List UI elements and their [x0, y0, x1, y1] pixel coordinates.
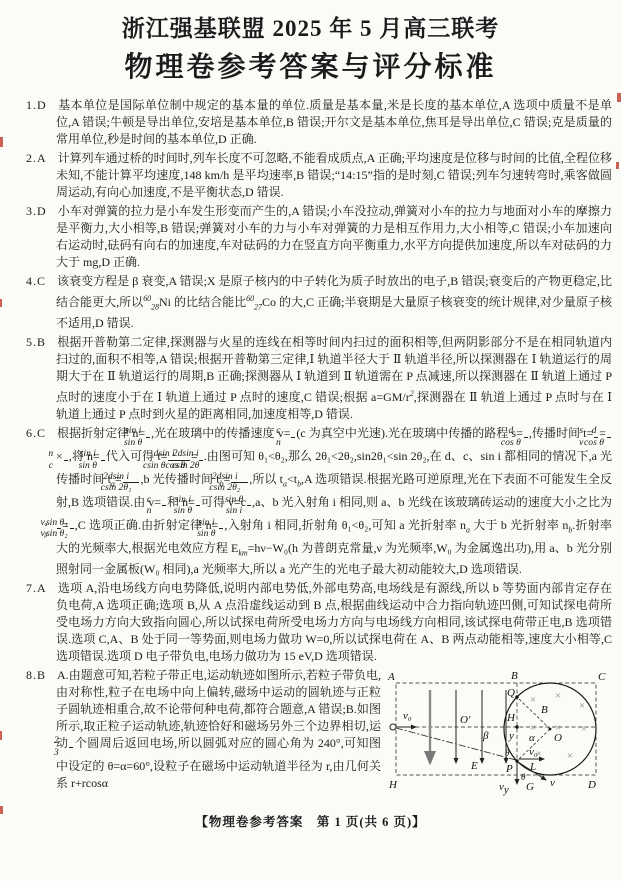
q-point-label: Q: [507, 687, 515, 699]
page-header: 浙江强基联盟 2025 年 5 月高三联考 物理卷参考答案与评分标准: [0, 0, 621, 85]
answer-label: 4.C: [26, 274, 46, 288]
answer-text: A.由题意可知,若粒子带正电,运动轨迹如图所示,若粒子带负电,由对称性,粒子在电…: [56, 668, 381, 790]
cross-icon: ×: [581, 723, 587, 735]
y-dist-label: y: [508, 730, 514, 742]
scan-artifact-red: [0, 137, 3, 147]
answer-item-5: 5.B根据开普勒第二定律,探测器与火星的连线在相等时间内扫过的面积相等,但两阴影…: [26, 334, 612, 423]
particle-field-diagram: × × × × × × × × A B C H D v₀ O′: [386, 669, 612, 799]
answer-item-8-block: × × × × × × × × A B C H D v₀ O′: [26, 667, 612, 804]
answer-item-3: 3.D小车对弹簧的拉力是小车发生形变而产生的,A 错误;小车没拉动,弹簧对小车的…: [26, 203, 612, 271]
corner-label-d: D: [587, 779, 596, 791]
answer-label: 8.B: [26, 668, 46, 682]
cross-icon: ×: [530, 694, 536, 706]
scan-artifact-red: [0, 806, 3, 814]
field-arrows: [430, 690, 506, 763]
g-point-label: G: [526, 781, 534, 793]
v0-at-p-label: v₀: [529, 746, 538, 758]
particle-entry: [390, 724, 416, 730]
answer-item-4: 4.C该衰变方程是 β 衰变,A 错误;X 是原子核内的中子转化为质子时放出的电…: [26, 273, 612, 332]
answer-text: 该衰变方程是 β 衰变,A 错误;X 是原子核内的中子转化为质子时放出的电子,B…: [56, 274, 612, 330]
answer-item-7: 7.A选项 A,沿电场线方向电势降低,说明内部电势低,外部电势高,电场线是有源线…: [26, 580, 612, 665]
problem8-figure: × × × × × × × × A B C H D v₀ O′: [386, 669, 612, 804]
l-label: L: [529, 761, 536, 773]
v-exit-label: v: [550, 777, 555, 789]
trajectory-lines: [396, 683, 596, 784]
e-field-label: E: [470, 760, 478, 772]
corner-label-b: B: [511, 670, 518, 682]
corner-label-h: H: [388, 779, 398, 791]
scanned-answer-sheet-page: { "page": { "title_line1": "浙江强基联盟 2025 …: [0, 0, 621, 881]
cross-icon: ×: [579, 700, 585, 712]
p-point-label: P: [505, 763, 513, 775]
o-center-label: O: [554, 732, 562, 744]
cross-icon: ×: [567, 750, 573, 762]
scan-artifact-red: [0, 299, 2, 307]
answer-text: 根据折射定律 n=sin isin θ,光在玻璃中的传播速度 v=cn(c 为真…: [56, 426, 612, 576]
page-title: 物理卷参考答案与评分标准: [0, 45, 621, 85]
o-prime-label: O′: [460, 714, 471, 726]
flux-crosses: × × × × × × × ×: [530, 690, 587, 762]
page-footer: 【物理卷参考答案 第 1 页(共 6 页)】: [0, 812, 621, 830]
answer-label: 2.A: [26, 151, 47, 165]
beta-label: β: [482, 730, 489, 742]
answer-item-1: 1.D基本单位是国际单位制中规定的基本量的单位.质量是基本量,米是长度的基本单位…: [26, 97, 612, 148]
answer-label: 3.D: [26, 204, 47, 218]
alpha-label: α: [529, 732, 535, 744]
b-field-label: B: [541, 704, 548, 716]
scan-artifact-red: [616, 162, 619, 169]
answer-label: 6.C: [26, 426, 46, 440]
answers-list: 1.D基本单位是国际单位制中规定的基本量的单位.质量是基本量,米是长度的基本单位…: [0, 85, 621, 804]
answer-text: 选项 A,沿电场线方向电势降低,说明内部电势低,外部电势高,电场线是有源线,所以…: [56, 581, 612, 663]
exam-title: 浙江强基联盟 2025 年 5 月高三联考: [0, 10, 621, 43]
answer-text: 小车对弹簧的拉力是小车发生形变而产生的,A 错误;小车没拉动,弹簧对小车的拉力与…: [56, 204, 612, 269]
corner-label-c: C: [598, 671, 606, 683]
vy-label: vy: [499, 781, 509, 796]
answer-text: 根据开普勒第二定律,探测器与火星的连线在相等时间内扫过的面积相等,但两阴影部分不…: [56, 335, 612, 421]
scan-artifact-red: [617, 93, 621, 102]
answer-label: 5.B: [26, 335, 46, 349]
theta-upper-label: θ: [505, 748, 510, 758]
v0-entry-label: v₀: [403, 710, 412, 722]
h-point-label: H: [506, 712, 516, 724]
corner-label-a: A: [387, 671, 395, 683]
answer-item-6: 6.C根据折射定律 n=sin isin θ,光在玻璃中的传播速度 v=cn(c…: [26, 425, 612, 578]
cross-icon: ×: [555, 690, 561, 702]
answer-item-2: 2.A计算列车通过桥的时间时,列车长度不可忽略,不能看成质点,A 正确;平均速度…: [26, 150, 612, 201]
scan-artifact-red: [0, 731, 2, 740]
answer-text: 基本单位是国际单位制中规定的基本量的单位.质量是基本量,米是长度的基本单位,A …: [56, 98, 612, 146]
answer-label: 7.A: [26, 581, 47, 595]
answer-text: 计算列车通过桥的时间时,列车长度不可忽略,不能看成质点,A 正确;平均速度是位移…: [56, 151, 612, 199]
answer-label: 1.D: [26, 98, 47, 112]
